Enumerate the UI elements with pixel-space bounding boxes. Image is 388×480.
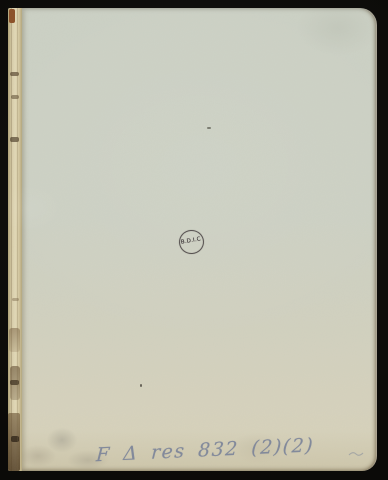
stitch-mark [10,380,19,385]
stitch-mark [11,436,19,442]
scan-background: B.D.I.C F Δ res 832 (2)(2) [0,0,388,480]
handwritten-shelfmark: F Δ res 832 (2)(2) [96,436,327,466]
ink-speck [207,127,211,129]
stitch-mark [10,137,19,142]
stitch-mark [12,298,19,301]
stitch-mark [10,72,19,76]
notebook-page: B.D.I.C F Δ res 832 (2)(2) [8,8,377,471]
faint-pencil-mark [348,450,364,458]
stamp-text: B.D.I.C [181,238,202,247]
spine-stain [8,413,20,471]
spine-stain [9,9,15,23]
ink-speck [140,384,142,387]
binding-spine [8,8,22,471]
library-stamp: B.D.I.C [178,229,205,255]
stitch-mark [11,95,19,99]
spine-stain [10,366,20,400]
spine-stain [9,328,20,352]
